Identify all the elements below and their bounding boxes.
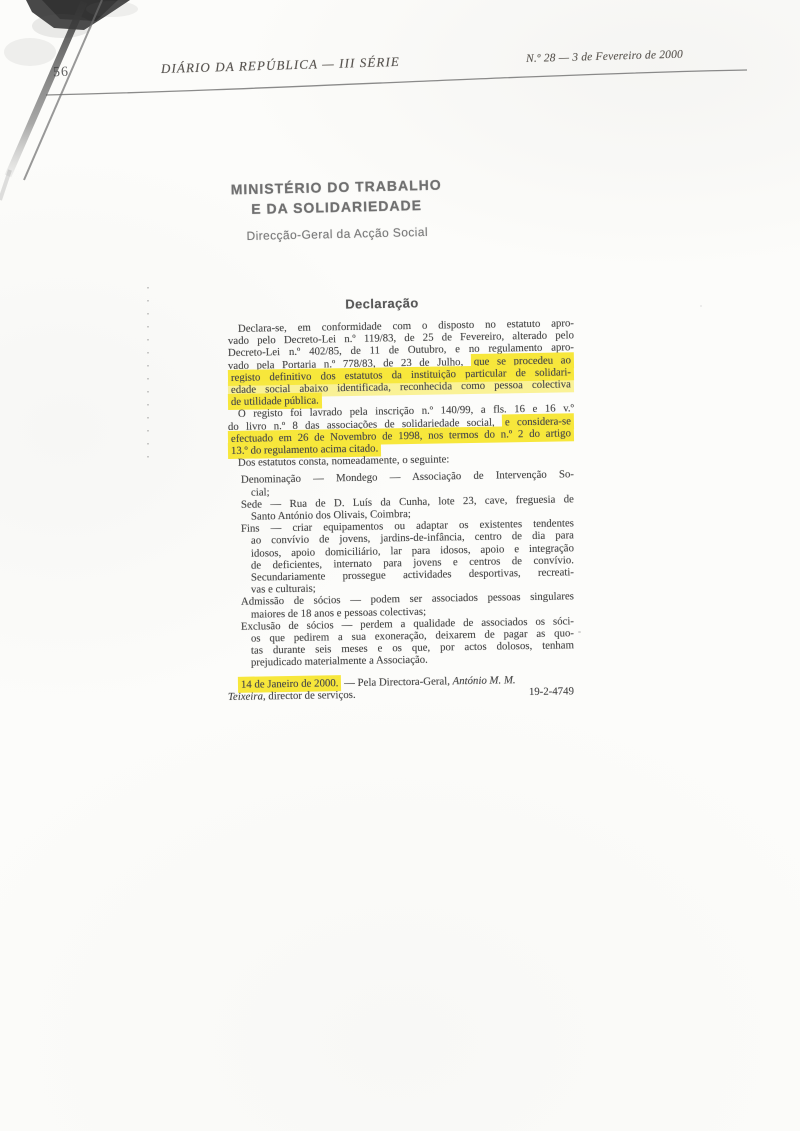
paper-speck <box>700 305 702 307</box>
scanned-gazette-page: { "colors": { "highlight": "#f7e73b", "h… <box>0 0 800 1131</box>
text-run: cial; <box>251 486 270 498</box>
text-run: Dos estatutos consta, nomeadamente, o se… <box>238 454 450 470</box>
declaration-body: Declara-se, em conformidade com o dispos… <box>228 320 574 703</box>
ministry-subtitle: Direcção-Geral da Acção Social <box>201 224 473 244</box>
text-run: Teixeira <box>228 690 263 703</box>
text-run: prejudicado materialmente a Associação. <box>251 654 428 669</box>
issue-info: N.º 28 — 3 de Fevereiro de 2000 <box>526 49 683 65</box>
text-run: , director de serviços. <box>263 689 356 703</box>
ink-blotch-artifact <box>4 0 138 66</box>
paper-speck <box>563 643 565 645</box>
journal-title: DIÁRIO DA REPÚBLICA — III SÉRIE <box>161 54 400 77</box>
gazette-reference-number: 19-2-4749 <box>529 685 574 698</box>
ministry-title-line1: MINISTÉRIO DO TRABALHO <box>200 176 472 198</box>
scan-artifacts <box>0 0 220 235</box>
page-number: 56 <box>53 65 70 82</box>
fold-crease-artifact <box>0 0 102 200</box>
paper-speck <box>578 631 581 633</box>
column-divider-artifact <box>147 287 149 467</box>
section-title: Declaração <box>228 293 536 313</box>
ministry-heading: MINISTÉRIO DO TRABALHO E DA SOLIDARIEDAD… <box>200 176 473 244</box>
ministry-title-line2: E DA SOLIDARIEDADE <box>200 196 472 218</box>
text-run: António M. M. <box>453 674 516 687</box>
